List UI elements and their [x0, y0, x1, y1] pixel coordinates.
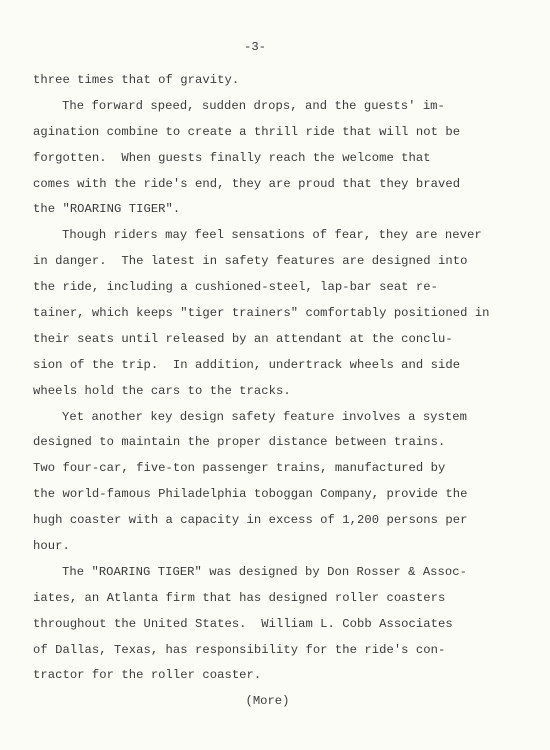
text-line: of Dallas, Texas, has responsibility for…	[33, 638, 533, 664]
text-line: wheels hold the cars to the tracks.	[33, 379, 533, 405]
text-line: their seats until released by an attenda…	[33, 327, 533, 353]
document-page: -3- three times that of gravity. The for…	[0, 0, 550, 750]
paragraph: The forward speed, sudden drops, and the…	[33, 94, 533, 223]
page-number: -3-	[0, 40, 510, 54]
text-line: forgotten. When guests finally reach the…	[33, 146, 533, 172]
text-line: designed to maintain the proper distance…	[33, 430, 533, 456]
text-line: in danger. The latest in safety features…	[33, 249, 533, 275]
text-line: tractor for the roller coaster.	[33, 663, 533, 689]
text-line: three times that of gravity.	[33, 68, 533, 94]
text-line: hour.	[33, 534, 533, 560]
text-line: comes with the ride's end, they are prou…	[33, 172, 533, 198]
paragraph: Yet another key design safety feature in…	[33, 405, 533, 560]
text-line: Though riders may feel sensations of fea…	[33, 223, 533, 249]
text-line: The "ROARING TIGER" was designed by Don …	[33, 560, 533, 586]
text-line: hugh coaster with a capacity in excess o…	[33, 508, 533, 534]
text-line: iates, an Atlanta firm that has designed…	[33, 586, 533, 612]
paragraph: three times that of gravity.	[33, 68, 533, 94]
text-line: agination combine to create a thrill rid…	[33, 120, 533, 146]
text-line: sion of the trip. In addition, undertrac…	[33, 353, 533, 379]
body-text: three times that of gravity. The forward…	[33, 68, 533, 689]
paragraph: The "ROARING TIGER" was designed by Don …	[33, 560, 533, 689]
paragraph: Though riders may feel sensations of fea…	[33, 223, 533, 404]
text-line: Yet another key design safety feature in…	[33, 405, 533, 431]
text-line: the ride, including a cushioned-steel, l…	[33, 275, 533, 301]
text-line: the "ROARING TIGER".	[33, 197, 533, 223]
continuation-marker: (More)	[0, 694, 535, 708]
text-line: the world-famous Philadelphia toboggan C…	[33, 482, 533, 508]
text-line: tainer, which keeps "tiger trainers" com…	[33, 301, 533, 327]
text-line: The forward speed, sudden drops, and the…	[33, 94, 533, 120]
text-line: Two four-car, five-ton passenger trains,…	[33, 456, 533, 482]
text-line: throughout the United States. William L.…	[33, 612, 533, 638]
